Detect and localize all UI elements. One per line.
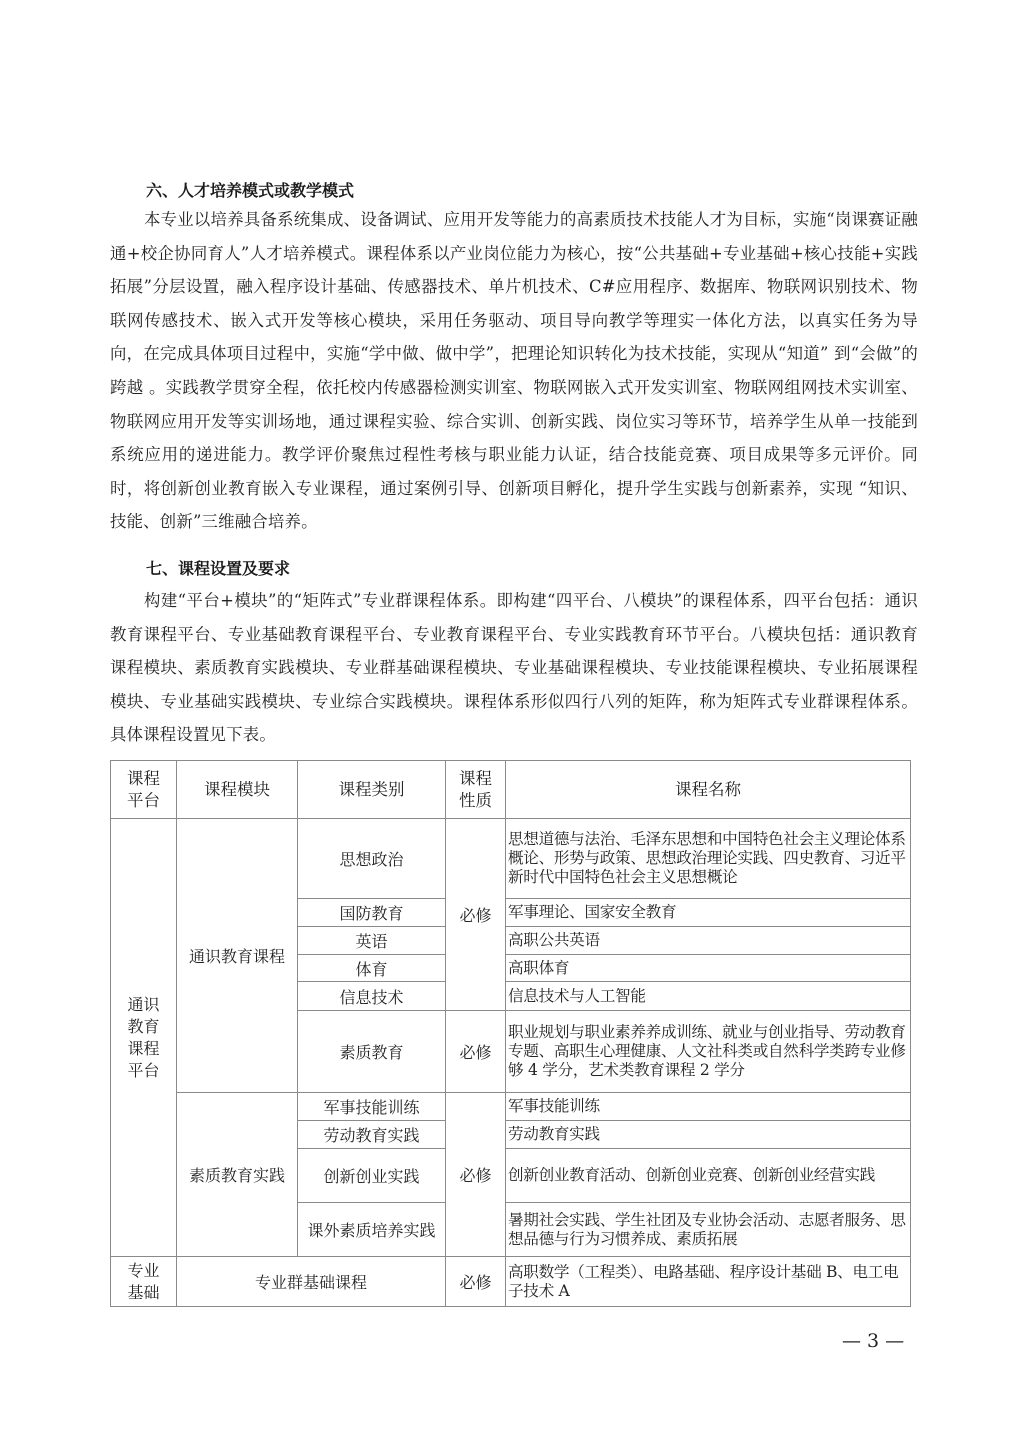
- platform-cell-general: 通识教育课程平台: [111, 819, 177, 1257]
- category-cell: 信息技术: [298, 982, 446, 1011]
- courses-cell: 军事理论、国家安全教育: [506, 899, 911, 927]
- courses-cell: 创新创业教育活动、创新创业竞赛、创新创业经营实践: [506, 1149, 911, 1203]
- section-7-paragraph: 构建“平台+模块”的“矩阵式”专业群课程体系。即构建“四平台、八模块”的课程体系…: [110, 584, 918, 752]
- header-nature: 课程性质: [446, 761, 506, 819]
- module-cell-general: 通识教育课程: [177, 819, 298, 1093]
- header-course-name: 课程名称: [506, 761, 911, 819]
- nature-cell: 必修: [446, 1257, 506, 1307]
- category-cell: 国防教育: [298, 899, 446, 927]
- header-category: 课程类别: [298, 761, 446, 819]
- course-table: 课程平台 课程模块 课程类别 课程性质 课程名称 通识教育课程平台 通识教育课程…: [110, 760, 911, 1307]
- section-6-paragraph: 本专业以培养具备系统集成、设备调试、应用开发等能力的高素质技术技能人才为目标，实…: [110, 203, 918, 539]
- courses-cell: 高职公共英语: [506, 927, 911, 955]
- header-module: 课程模块: [177, 761, 298, 819]
- category-cell: 劳动教育实践: [298, 1121, 446, 1149]
- page-number: — 3 —: [842, 1330, 904, 1352]
- document-page: 六、人才培养模式或教学模式 本专业以培养具备系统集成、设备调试、应用开发等能力的…: [0, 0, 1024, 1448]
- courses-cell: 暑期社会实践、学生社团及专业协会活动、志愿者服务、思想品德与行为习惯养成、素质拓…: [506, 1203, 911, 1257]
- category-cell: 军事技能训练: [298, 1093, 446, 1121]
- table-row: 通识教育课程平台 通识教育课程 思想政治 必修 思想道德与法治、毛泽东思想和中国…: [111, 819, 911, 899]
- courses-cell: 高职体育: [506, 955, 911, 982]
- category-cell: 创新创业实践: [298, 1149, 446, 1203]
- nature-cell: 必修: [446, 1093, 506, 1257]
- category-cell: 体育: [298, 955, 446, 982]
- courses-cell: 军事技能训练: [506, 1093, 911, 1121]
- category-cell: 英语: [298, 927, 446, 955]
- table-row: 专业基础 专业群基础课程 必修 高职数学（工程类）、电路基础、程序设计基础 B、…: [111, 1257, 911, 1307]
- courses-cell: 高职数学（工程类）、电路基础、程序设计基础 B、电工电子技术 A: [506, 1257, 911, 1307]
- section-7-heading: 七、课程设置及要求: [146, 556, 290, 579]
- module-cell-quality: 素质教育实践: [177, 1093, 298, 1257]
- category-cell: 课外素质培养实践: [298, 1203, 446, 1257]
- platform-cell-professional-basic: 专业基础: [111, 1257, 177, 1307]
- nature-cell: 必修: [446, 819, 506, 1011]
- courses-cell: 职业规划与职业素养养成训练、就业与创业指导、劳动教育专题、高职生心理健康、人文社…: [506, 1011, 911, 1093]
- courses-cell: 劳动教育实践: [506, 1121, 911, 1149]
- courses-cell: 信息技术与人工智能: [506, 982, 911, 1011]
- header-platform: 课程平台: [111, 761, 177, 819]
- table-row: 素质教育实践 军事技能训练 必修 军事技能训练: [111, 1093, 911, 1121]
- category-cell: 思想政治: [298, 819, 446, 899]
- category-cell: 素质教育: [298, 1011, 446, 1093]
- nature-cell: 必修: [446, 1011, 506, 1093]
- module-cell-group-basic: 专业群基础课程: [177, 1257, 446, 1307]
- courses-cell: 思想道德与法治、毛泽东思想和中国特色社会主义理论体系概论、形势与政策、思想政治理…: [506, 819, 911, 899]
- section-6-heading: 六、人才培养模式或教学模式: [146, 178, 354, 201]
- table-header-row: 课程平台 课程模块 课程类别 课程性质 课程名称: [111, 761, 911, 819]
